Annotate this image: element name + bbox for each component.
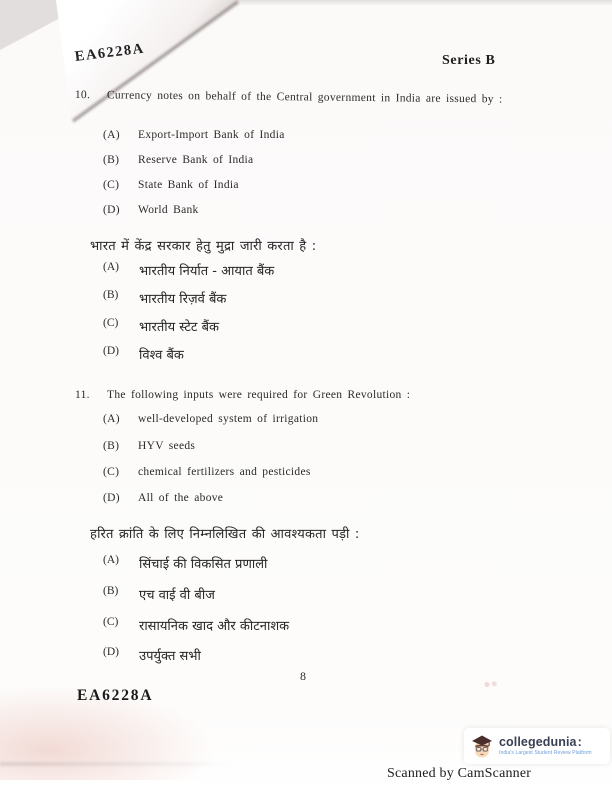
option-label: (B) xyxy=(103,154,127,166)
option-label: (D) xyxy=(103,204,127,216)
option-label: (B) xyxy=(103,585,127,603)
series-label: Series B xyxy=(442,53,495,69)
q11-option-d-hindi: (D) उपर्युक्त सभी xyxy=(103,646,201,664)
q11-option-d-english: (D) All of the above xyxy=(103,492,223,504)
option-label: (B) xyxy=(103,289,127,307)
option-text: Reserve Bank of India xyxy=(138,154,253,166)
option-label: (C) xyxy=(103,466,127,478)
q10-option-b-english: (B) Reserve Bank of India xyxy=(103,154,253,166)
collegedunia-logo-text: collegedunia xyxy=(499,736,577,749)
option-label: (C) xyxy=(103,317,127,335)
option-text: Export-Import Bank of India xyxy=(138,129,285,141)
question-number: 11. xyxy=(75,386,99,405)
option-text: well-developed system of irrigation xyxy=(138,413,318,425)
question-text: The following inputs were required for G… xyxy=(107,386,507,405)
question-number: 10. xyxy=(75,86,99,105)
option-label: (A) xyxy=(103,129,127,141)
option-label: (D) xyxy=(103,345,127,363)
page-bottom-edge-shadow xyxy=(0,762,235,766)
option-text: HYV seeds xyxy=(138,440,195,452)
option-label: (A) xyxy=(103,261,127,279)
option-text: रासायनिक खाद और कीटनाशक xyxy=(139,616,289,634)
collegedunia-logo-colon: : xyxy=(578,736,582,749)
option-text: भारतीय निर्यात - आयात बैंक xyxy=(139,261,274,279)
q11-option-a-hindi: (A) सिंचाई की विकसित प्रणाली xyxy=(103,554,267,572)
ink-bleed-mark xyxy=(483,681,499,688)
question-11-hindi: हरित क्रांति के लिए निम्नलिखित की आवश्यक… xyxy=(90,524,360,542)
question-10-hindi: भारत में केंद्र सरकार हेतु मुद्रा जारी क… xyxy=(90,236,316,254)
collegedunia-tagline: India's Largest Student Review Platform xyxy=(499,751,592,756)
q11-option-b-english: (B) HYV seeds xyxy=(103,440,195,452)
question-11-english: 11. The following inputs were required f… xyxy=(75,386,507,405)
q10-option-a-hindi: (A) भारतीय निर्यात - आयात बैंक xyxy=(103,261,274,279)
option-text: World Bank xyxy=(138,204,199,216)
scanned-exam-page: EA6228A Series B 10. Currency notes on b… xyxy=(0,0,612,792)
option-label: (B) xyxy=(103,440,127,452)
q10-option-d-english: (D) World Bank xyxy=(103,204,199,216)
q11-option-c-hindi: (C) रासायनिक खाद और कीटनाशक xyxy=(103,616,289,634)
q10-option-a-english: (A) Export-Import Bank of India xyxy=(103,129,285,141)
option-text: All of the above xyxy=(138,492,223,504)
page-number: 8 xyxy=(300,669,306,684)
q11-option-c-english: (C) chemical fertilizers and pesticides xyxy=(103,466,311,478)
option-label: (D) xyxy=(103,646,127,664)
option-text: एच वाई वी बीज xyxy=(139,585,215,603)
collegedunia-mascot-icon xyxy=(470,733,494,759)
page-top-edge-shadow xyxy=(232,0,612,6)
option-label: (C) xyxy=(103,179,127,191)
option-text: उपर्युक्त सभी xyxy=(139,646,201,664)
option-text: विश्व बैंक xyxy=(139,345,184,363)
q10-option-b-hindi: (B) भारतीय रिज़र्व बैंक xyxy=(103,289,226,307)
option-text: chemical fertilizers and pesticides xyxy=(138,466,311,478)
q11-option-a-english: (A) well-developed system of irrigation xyxy=(103,413,318,425)
page-curl-corner xyxy=(0,0,260,140)
q10-option-c-hindi: (C) भारतीय स्टेट बैंक xyxy=(103,317,219,335)
collegedunia-watermark: collegedunia : India's Largest Student R… xyxy=(464,728,610,764)
option-label: (C) xyxy=(103,616,127,634)
option-label: (D) xyxy=(103,492,127,504)
paper-code-footer: EA6228A xyxy=(77,687,153,705)
camscanner-credit: Scanned by CamScanner xyxy=(387,766,531,782)
option-label: (A) xyxy=(103,413,127,425)
option-text: भारतीय रिज़र्व बैंक xyxy=(139,289,226,307)
q10-option-d-hindi: (D) विश्व बैंक xyxy=(103,345,184,363)
option-text: सिंचाई की विकसित प्रणाली xyxy=(139,554,267,572)
option-label: (A) xyxy=(103,554,127,572)
q11-option-b-hindi: (B) एच वाई वी बीज xyxy=(103,585,215,603)
q10-option-c-english: (C) State Bank of India xyxy=(103,179,239,191)
option-text: भारतीय स्टेट बैंक xyxy=(139,317,219,335)
option-text: State Bank of India xyxy=(138,179,239,191)
